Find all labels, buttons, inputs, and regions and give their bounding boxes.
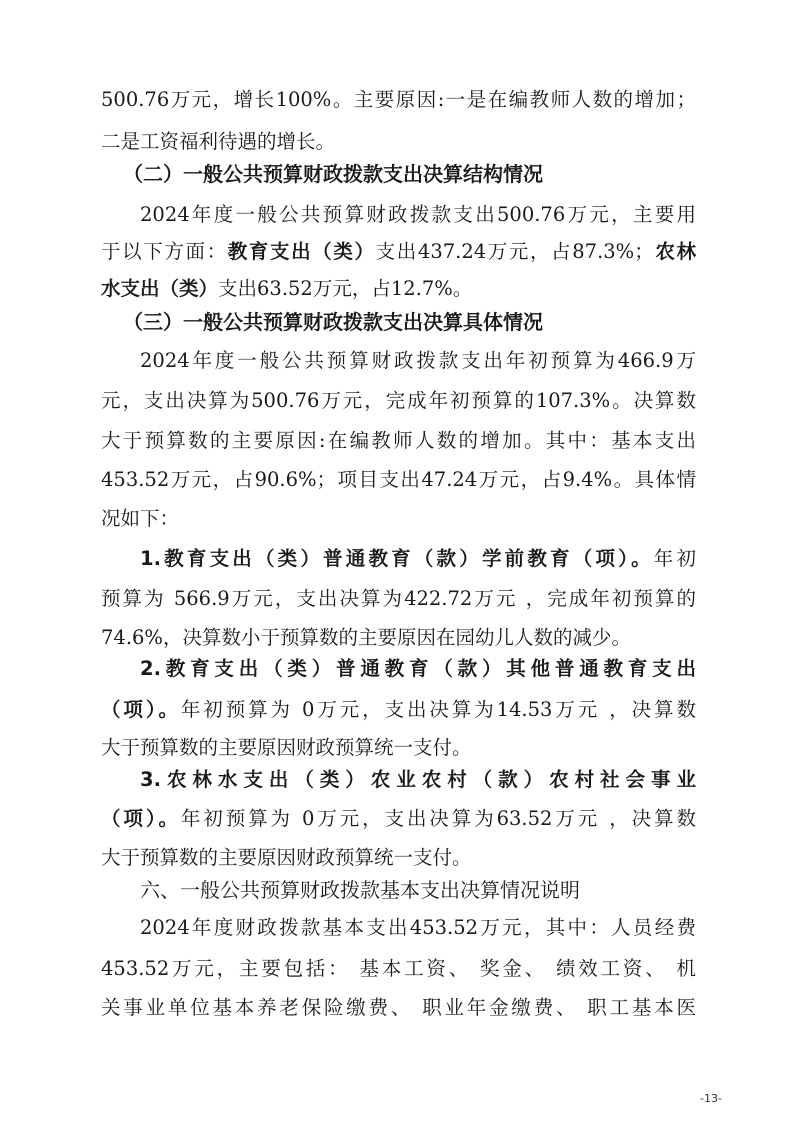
paragraph-line: 2024年度一般公共预算财政拨款支出500.76万元，主要用 [140,201,696,229]
paragraph-line: 元，支出决算为500.76万元，完成年初预算的107.3%。决算数 [101,387,696,415]
item-title: （项）。 [101,807,181,830]
text-run: 年初预算为 0万元，支出决算为63.52万元 ，决算数 [181,807,696,830]
paragraph-line: 大于预算数的主要原因:在编教师人数的增加。其中：基本支出 [101,427,696,455]
paragraph-line: 二是工资福利待遇的增长。 [101,128,696,156]
paragraph-line: 水支出（类）支出63.52万元，占12.7%。 [101,275,696,303]
text-run: 支出63.52万元，占12.7%。 [218,277,472,300]
section-heading: （三）一般公共预算财政拨款支出决算具体情况 [123,308,543,336]
section-heading: 六、一般公共预算财政拨款基本支出决算情况说明 [140,876,580,904]
paragraph-line: （项）。年初预算为 0万元，支出决算为14.53万元 ，决算数 [101,696,696,724]
paragraph-line: 2.教育支出（类）普通教育（款）其他普通教育支出 [140,655,696,683]
section-heading: （二）一般公共预算财政拨款支出决算结构情况 [123,160,543,188]
item-title: （项）。 [101,698,181,721]
paragraph-line: 预算为 566.9万元，支出决算为422.72万元 ，完成年初预算的 [101,585,696,613]
item-title: 1.教育支出（类）普通教育（款）学前教育（项）。 [140,547,654,570]
paragraph-line: 大于预算数的主要原因财政预算统一支付。 [101,734,696,762]
paragraph-line: 500.76万元，增长100%。主要原因:一是在编教师人数的增加； [101,86,696,114]
paragraph-line: 453.52万元，占90.6%；项目支出47.24万元，占9.4%。具体情 [101,466,696,494]
paragraph-line: （项）。年初预算为 0万元，支出决算为63.52万元 ，决算数 [101,805,696,833]
page-number: -13- [700,1092,722,1106]
paragraph-line: 大于预算数的主要原因财政预算统一支付。 [101,844,696,872]
paragraph-line: 2024年度一般公共预算财政拨款支出年初预算为466.9万 [140,347,696,375]
text-run: 支出437.24万元，占87.3%； [376,240,654,263]
paragraph-line: 1.教育支出（类）普通教育（款）学前教育（项）。年初 [140,545,696,573]
paragraph-line: 于以下方面：教育支出（类）支出437.24万元，占87.3%；农林 [101,238,696,266]
bold-term: 水支出（类） [101,277,218,300]
paragraph-line: 况如下： [101,505,696,533]
item-title: 2.教育支出（类）普通教育（款）其他普通教育支出 [140,657,696,680]
bold-term: 农林 [654,240,696,263]
paragraph-line: 74.6%，决算数小于预算数的主要原因在园幼儿人数的减少。 [101,624,696,652]
paragraph-line: 2024年度财政拨款基本支出453.52万元，其中：人员经费 [140,914,696,942]
text-run: 于以下方面： [101,240,228,263]
item-title: 3.农林水支出（类）农业农村（款）农村社会事业 [140,768,696,791]
text-run: 年初 [654,547,696,570]
text-run: 年初预算为 0万元，支出决算为14.53万元 ，决算数 [181,698,696,721]
document-page: 500.76万元，增长100%。主要原因:一是在编教师人数的增加； 二是工资福利… [0,0,793,1122]
bold-term: 教育支出（类） [228,240,376,263]
paragraph-line: 3.农林水支出（类）农业农村（款）农村社会事业 [140,766,696,794]
paragraph-line: 453.52万元，主要包括： 基本工资、 奖金、 绩效工资、 机 [101,955,696,983]
paragraph-line: 关事业单位基本养老保险缴费、 职业年金缴费、 职工基本医 [101,994,696,1022]
